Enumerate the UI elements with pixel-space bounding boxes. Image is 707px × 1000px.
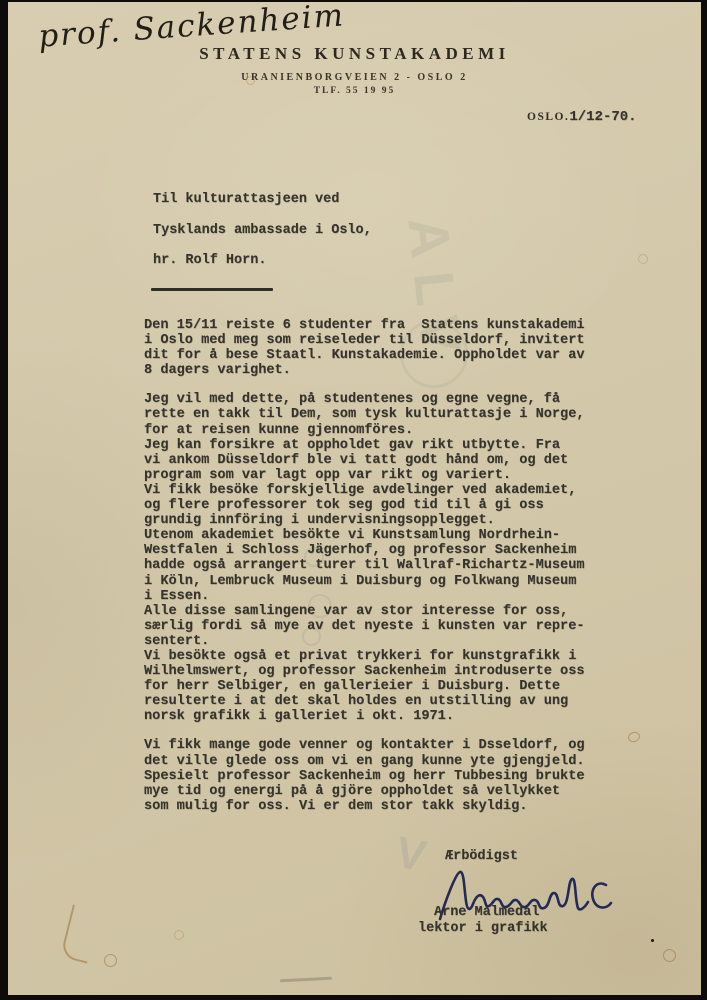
signer-title: lektor i grafikk <box>418 921 548 936</box>
paragraph: Den 15/11 reiste 6 studenter fra Statens… <box>144 318 585 378</box>
ink-speck <box>651 939 654 942</box>
stain-mark <box>60 904 100 963</box>
letterhead: STATENS KUNSTAKADEMI URANIENBORGVEIEN 2 … <box>8 2 701 96</box>
signer-name: Arne Malmedal <box>434 905 539 920</box>
stain-ring <box>104 954 117 967</box>
organization-phone: TLF. 55 19 95 <box>8 86 701 96</box>
organization-address: URANIENBORGVEIEN 2 - OSLO 2 <box>8 72 701 83</box>
stain-ring <box>638 254 648 264</box>
date-value: 1/12-70. <box>569 109 636 125</box>
scanned-letter: ALV V prof. Sackenheim STATENS KUNSTAKAD… <box>0 0 707 1000</box>
valediction: Ærbödigst <box>445 849 518 864</box>
pencil-smudge <box>280 977 332 983</box>
recipient-line: Tysklands ambassade i Oslo, <box>153 223 372 254</box>
stain-ring <box>627 730 642 744</box>
stain-ring <box>663 949 676 962</box>
recipient-line: hr. Rolf Horn. <box>153 253 372 284</box>
date-place: OSLO. <box>527 111 569 123</box>
recipient-line: Til kulturattasjeen ved <box>153 192 372 223</box>
paragraph: Jeg vil med dette, på studentenes og egn… <box>144 392 585 724</box>
organization-name: STATENS KUNSTAKADEMI <box>8 44 701 64</box>
paragraph: Vi fikk mange gode venner og kontakter i… <box>144 738 585 813</box>
bleedthrough-mark: V <box>391 827 430 882</box>
stain-ring <box>174 930 184 940</box>
paper-sheet: ALV V prof. Sackenheim STATENS KUNSTAKAD… <box>8 2 701 995</box>
recipient-underline <box>151 288 273 291</box>
dateline: OSLO.1/12-70. <box>527 107 637 125</box>
letter-body: Den 15/11 reiste 6 studenter fra Statens… <box>144 318 585 828</box>
recipient-block: Til kulturattasjeen ved Tysklands ambass… <box>153 192 372 284</box>
